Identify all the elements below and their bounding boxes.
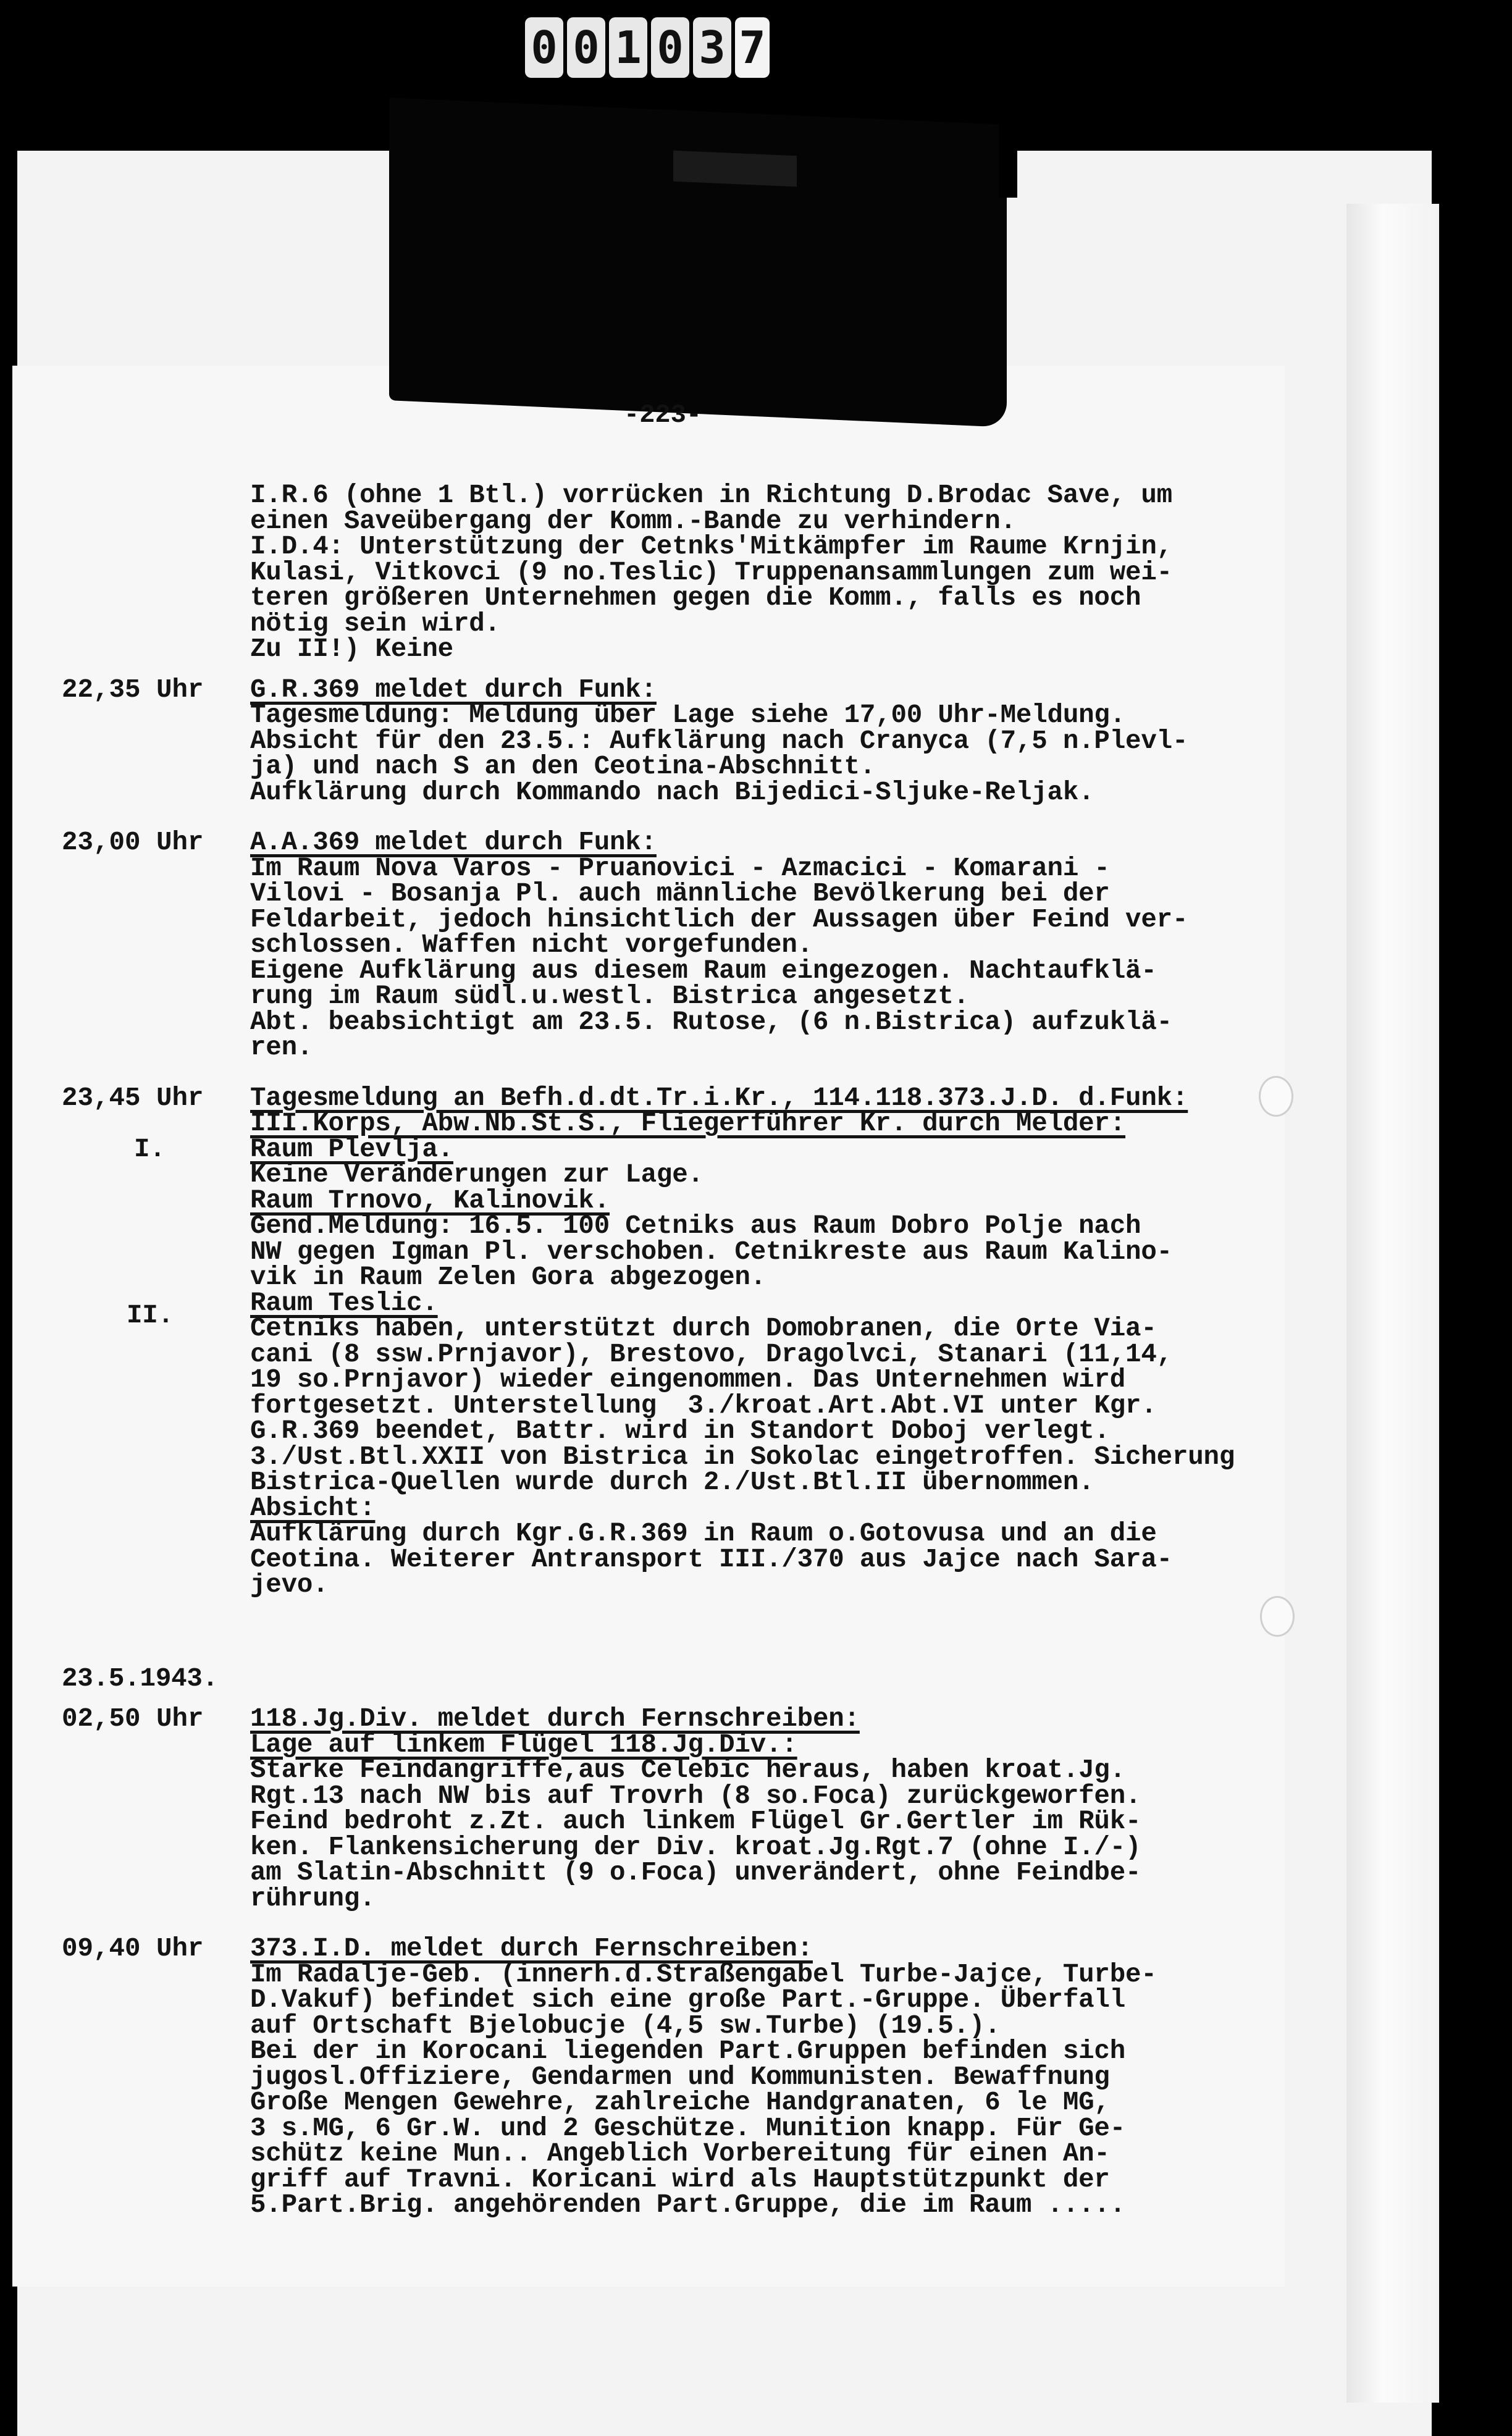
text-line: Feldarbeit, jedoch hinsichtlich der Auss… [250,907,1309,933]
text-line: D.Vakuf) befindet sich eine große Part.-… [250,1988,1309,2014]
entry-body: Tagesmeldung an Befh.d.dt.Tr.i.Kr., 114.… [250,1086,1309,1598]
text-line: schlossen. Waffen nicht vorgefunden. [250,933,1309,959]
entry-heading: 118.Jg.Div. meldet durch Fernschreiben: [250,1707,1309,1732]
text-line: rung im Raum südl.u.westl. Bistrica ange… [250,984,1309,1010]
text-line: nötig sein wird. [250,611,1309,637]
text-line: rührung. [250,1886,1309,1912]
document-body: I.R.6 (ohne 1 Btl.) vorrücken in Richtun… [62,483,1309,2219]
text-line: ken. Flankensicherung der Div. kroat.Jg.… [250,1835,1309,1861]
section-title: I.Raum Plevlja. [250,1137,1309,1163]
frame-digit: 0 [651,17,689,78]
text-line: Tagesmeldung: Meldung über Lage siehe 17… [250,703,1309,729]
binder-clip [389,98,1007,427]
section-title-text: Raum Trnovo, Kalinovik. [250,1186,610,1216]
entry-body: G.R.369 meldet durch Funk:Tagesmeldung: … [250,678,1309,806]
text-line: Gend.Meldung: 16.5. 100 Cetniks aus Raum… [250,1214,1309,1240]
entry-spacer [62,1912,1309,1936]
text-line: Kulasi, Vitkovci (9 no.Teslic) Truppenan… [250,560,1309,586]
frame-digit: 1 [609,17,647,78]
text-line: Bei der in Korocani liegenden Part.Grupp… [250,2039,1309,2065]
text-line: 5.Part.Brig. angehörenden Part.Gruppe, d… [250,2193,1309,2219]
entry-time: 02,50 Uhr [62,1707,250,1912]
entry-time: 09,40 Uhr [62,1936,250,2219]
text-line: ren. [250,1035,1309,1061]
text-line: Keine Veränderungen zur Lage. [250,1162,1309,1188]
log-entry: 23,00 UhrA.A.369 meldet durch Funk:Im Ra… [62,830,1309,1061]
entry-heading: Tagesmeldung an Befh.d.dt.Tr.i.Kr., 114.… [250,1086,1309,1112]
section-title: Raum Trnovo, Kalinovik. [250,1188,1309,1214]
entry-subheading: Lage auf linkem Flügel 118.Jg.Div.: [250,1732,1309,1758]
text-line: auf Ortschaft Bjelobucje (4,5 sw.Turbe) … [250,2014,1309,2039]
section-marker: II. [127,1303,174,1329]
text-line: am Slatin-Abschnitt (9 o.Foca) unverände… [250,1860,1309,1886]
text-line: fortgesetzt. Unterstellung 3./kroat.Art.… [250,1393,1309,1419]
text-line: einen Saveübergang der Komm.-Bande zu ve… [250,509,1309,535]
frame-digit: 7 [735,17,770,78]
frame-digit: 0 [567,17,605,78]
text-line: I.D.4: Unterstützung der Cetnks'Mitkämpf… [250,534,1309,560]
paper-fold [1346,204,1439,2403]
entry-heading: 373.I.D. meldet durch Fernschreiben: [250,1936,1309,1962]
date-heading: 23.5.1943. [62,1666,1309,1692]
text-line: Zu II!) Keine [250,637,1309,663]
text-line: Abt. beabsichtigt am 23.5. Rutose, (6 n.… [250,1010,1309,1036]
section-title: Raum Teslic. [250,1291,1309,1317]
section-title-text: Absicht: [250,1493,375,1523]
entry-spacer [62,1061,1309,1086]
frame-counter: 0 0 1 0 3 7 [525,17,770,78]
section-title-text: Raum Plevlja. [250,1135,453,1164]
log-entry: 09,40 Uhr373.I.D. meldet durch Fernschre… [62,1936,1309,2219]
binder-clip-edge [999,111,1017,198]
text-line: Absicht für den 23.5.: Aufklärung nach C… [250,729,1309,755]
text-line: NW gegen Igman Pl. verschoben. Cetnikres… [250,1240,1309,1266]
text-line: schütz keine Mun.. Angeblich Vorbereitun… [250,2141,1309,2167]
entry-heading: III.Korps, Abw.Nb.St.S., Fliegerführer K… [250,1111,1309,1137]
entry-spacer [62,805,1309,830]
text-line: I.R.6 (ohne 1 Btl.) vorrücken in Richtun… [250,483,1309,509]
section-marker: I. [134,1137,166,1163]
text-line: Im Radalje-Geb. (innerh.d.Straßengabel T… [250,1962,1309,1988]
log-entry: 22,35 UhrG.R.369 meldet durch Funk:Tages… [62,678,1309,806]
frame-digit: 0 [525,17,563,78]
text-line: Ceotina. Weiterer Antransport III./370 a… [250,1547,1309,1573]
frame-digit: 3 [693,17,731,78]
intro-paragraph: I.R.6 (ohne 1 Btl.) vorrücken in Richtun… [250,483,1309,663]
entry-body: 373.I.D. meldet durch Fernschreiben:Im R… [250,1936,1309,2219]
text-line: Aufklärung durch Kgr.G.R.369 in Raum o.G… [250,1521,1309,1547]
binder-clip-label [673,151,797,187]
text-line: Starke Feindangriffe,aus Celebic heraus,… [250,1758,1309,1784]
text-line: Cetniks haben, unterstützt durch Domobra… [250,1316,1309,1342]
text-line: jevo. [250,1573,1309,1598]
text-line: G.R.369 beendet, Battr. wird in Standort… [250,1419,1309,1445]
entry-heading: A.A.369 meldet durch Funk: [250,830,1309,856]
text-line: teren größeren Unternehmen gegen die Kom… [250,586,1309,611]
text-line: 3./Ust.Btl.XXII von Bistrica in Sokolac … [250,1445,1309,1471]
text-line: Feind bedroht z.Zt. auch linkem Flügel G… [250,1809,1309,1835]
text-line: griff auf Travni. Koricani wird als Haup… [250,2167,1309,2193]
text-line: 19 so.Prnjavor) wieder eingenommen. Das … [250,1367,1309,1393]
entries-day-23: 02,50 Uhr118.Jg.Div. meldet durch Fernsc… [62,1707,1309,2219]
section-title-text: Raum Teslic. [250,1288,438,1318]
text-line: Aufklärung durch Kommando nach Bijedici-… [250,780,1309,806]
entry-heading-text: 373.I.D. meldet durch Fernschreiben: [250,1934,813,1963]
entry-time: 22,35 Uhr [62,678,250,806]
text-line: Bistrica-Quellen wurde durch 2./Ust.Btl.… [250,1470,1309,1496]
text-line: Vilovi - Bosanja Pl. auch männliche Bevö… [250,881,1309,907]
entry-heading-text: A.A.369 meldet durch Funk: [250,828,657,857]
text-line: cani (8 ssw.Prnjavor), Brestovo, Dragolv… [250,1342,1309,1368]
text-line: Eigene Aufklärung aus diesem Raum eingez… [250,959,1309,985]
log-entry: 02,50 Uhr118.Jg.Div. meldet durch Fernsc… [62,1707,1309,1912]
entries-day-22: 22,35 UhrG.R.369 meldet durch Funk:Tages… [62,678,1309,1598]
page-number: -223- [624,400,702,430]
text-line: ja) und nach S an den Ceotina-Abschnitt. [250,754,1309,780]
text-line: Im Raum Nova Varos - Pruanovici - Azmaci… [250,856,1309,882]
text-line: Rgt.13 nach NW bis auf Trovrh (8 so.Foca… [250,1784,1309,1810]
section-title: II.Absicht: [250,1496,1309,1522]
text-line: vik in Raum Zelen Gora abgezogen. [250,1265,1309,1291]
text-line: 3 s.MG, 6 Gr.W. und 2 Geschütze. Munitio… [250,2116,1309,2142]
entry-body: A.A.369 meldet durch Funk:Im Raum Nova V… [250,830,1309,1061]
text-line: jugosl.Offiziere, Gendarmen und Kommunis… [250,2065,1309,2091]
entry-time: 23,00 Uhr [62,830,250,1061]
entry-body: 118.Jg.Div. meldet durch Fernschreiben:L… [250,1707,1309,1912]
entry-heading: G.R.369 meldet durch Funk: [250,678,1309,703]
text-line: Große Mengen Gewehre, zahlreiche Handgra… [250,2090,1309,2116]
log-entry: 23,45 UhrTagesmeldung an Befh.d.dt.Tr.i.… [62,1086,1309,1598]
